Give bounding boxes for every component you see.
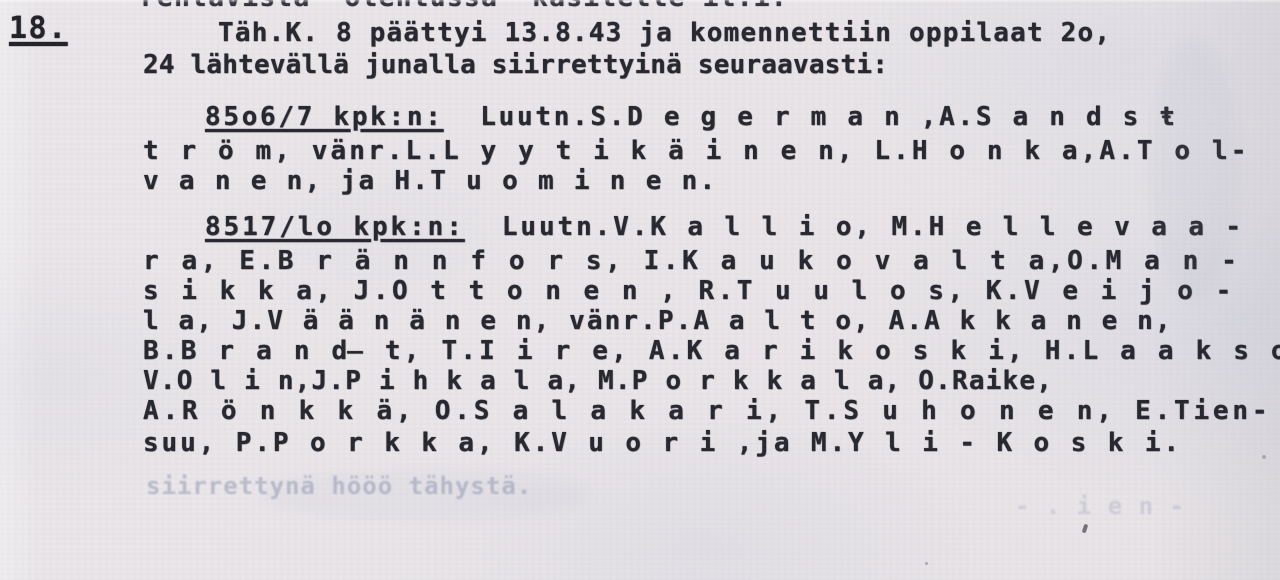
bleedthrough-text: siirrettynä hööö tähystä. — [146, 472, 532, 500]
intro-line-2: 24 lähtevällä junalla siirrettyinä seura… — [143, 50, 888, 80]
ink-speck — [925, 562, 928, 565]
intro-line-1: Täh.K. 8 päättyi 13.8.43 ja komennettiin… — [218, 18, 1111, 48]
ink-speck — [1082, 524, 1089, 534]
text-line: v a n e n, ja H.T u o m i n e n. — [143, 166, 718, 196]
text-line: s i k k a, J.O t t o n e n , R.T u u l o… — [143, 276, 1235, 306]
unit-8506-line: 85o6/7 kpk:n: Luutn.S.D e g e r m a n ,A… — [205, 102, 1178, 132]
bleedthrough-text: - . i e n - — [1015, 492, 1185, 520]
unit-8506-number-underlined: 85o6/7 kpk:n: — [205, 102, 444, 132]
text-line: V.O l i n,J.P i h k a l a, M.P o r k k a… — [143, 366, 1053, 396]
text-line: suu, P.P o r k k a, K.V u o r i ,ja M.Y … — [143, 428, 1182, 458]
text-line: l a, J.V ä ä n ä n e n, vänr.P.A a l t o… — [143, 306, 1173, 336]
unit-8517-line: 8517/lo kpk:n: Luutn.V.K a l l i o, M.H … — [205, 212, 1244, 242]
scanned-typewritten-page: rentävistä otentussa käsitelle it.i. 18.… — [0, 0, 1280, 580]
unit-8506-names: Luutn.S.D e g e r m a n ,A.S a n d s ŧ — [444, 102, 1178, 132]
text-line: B.B r a n d̶ t, T.I i r e, A.K a r i k o… — [143, 336, 1280, 366]
text-line: A.R ö n k k ä, O.S a l a k a r i, T.S u … — [143, 396, 1271, 426]
clipped-top-text-line: rentävistä otentussa käsitelle it.i. — [140, 0, 788, 13]
text-line: t r ö m, vänr.L.L y y t i k ä i n e n, L… — [143, 136, 1249, 166]
ink-speck — [1262, 455, 1266, 459]
unit-8517-number-underlined: 8517/lo kpk:n: — [205, 212, 465, 242]
text-line: r a, E.B r ä n n f o r s, I.K a u k o v … — [143, 246, 1240, 276]
margin-paragraph-number: 18. — [9, 13, 68, 45]
unit-8517-names: Luutn.V.K a l l i o, M.H e l l e v a a - — [465, 212, 1244, 242]
